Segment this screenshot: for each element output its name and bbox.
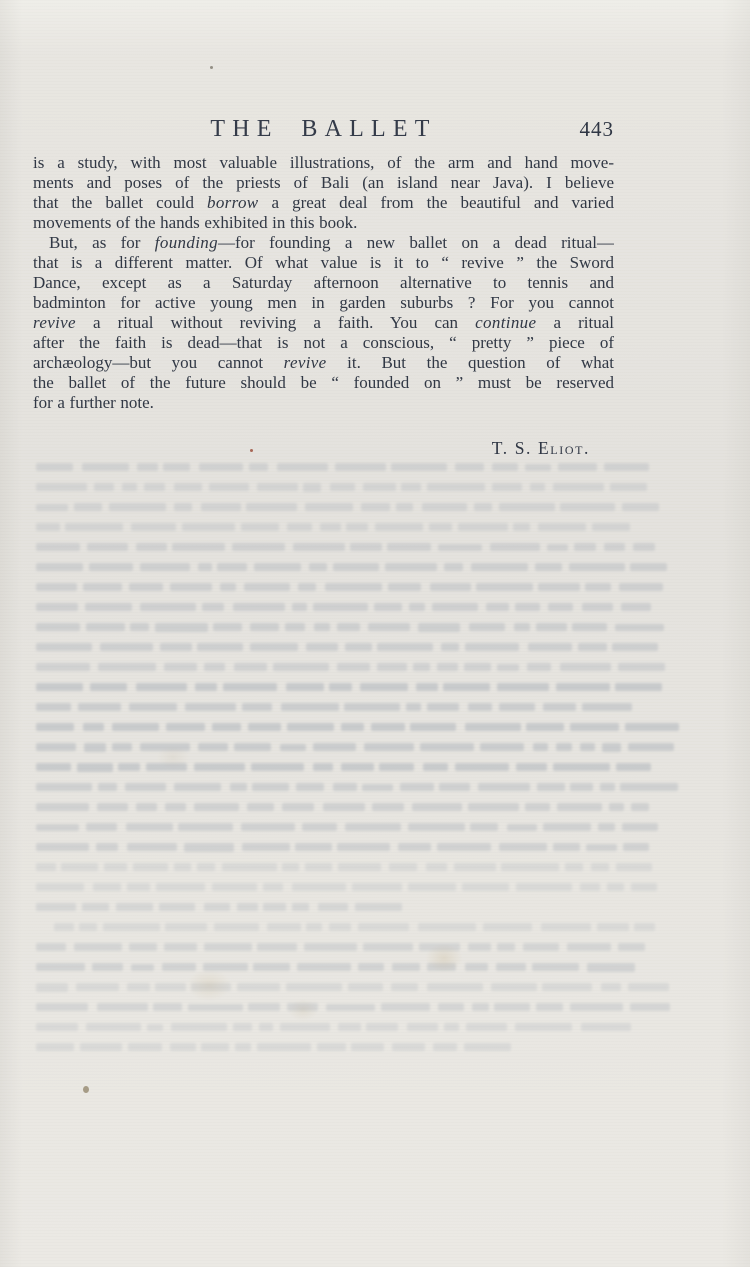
bleedthrough-line: [36, 637, 650, 657]
paper-speck: [210, 66, 213, 69]
body-text-line: badminton for active young men in garden…: [33, 293, 614, 313]
bleedthrough-line: [36, 537, 650, 557]
body-text-line: that the ballet could borrow a great dea…: [33, 193, 614, 213]
body-text-line: movements of the hands exhibited in this…: [33, 213, 614, 233]
bleedthrough-line: [36, 797, 650, 817]
bleedthrough-line: [36, 557, 650, 577]
bleedthrough-line: [36, 737, 650, 757]
bleedthrough-line: [36, 757, 650, 777]
body-text-line: revive a ritual without reviving a faith…: [33, 313, 614, 333]
author-signature: T. S. Eliot.: [33, 438, 590, 459]
body-text-line: that is a different matter. Of what valu…: [33, 253, 614, 273]
bleedthrough-line: [36, 997, 650, 1017]
bleedthrough-line: [36, 877, 650, 897]
bleedthrough-line: [36, 617, 650, 637]
body-text-line: the ballet of the future should be “ fou…: [33, 373, 614, 393]
bleedthrough-line: [36, 677, 650, 697]
bleedthrough-line: [36, 857, 650, 877]
bleedthrough-line: [36, 837, 650, 857]
paper-speck: [83, 1086, 89, 1093]
bleedthrough-line: [36, 777, 650, 797]
page-number: 443: [580, 117, 615, 142]
bleedthrough-line: [36, 497, 650, 517]
bleedthrough-line: [36, 717, 650, 737]
bleedthrough-line: [36, 657, 650, 677]
bleedthrough-text: [36, 457, 650, 1057]
bleedthrough-line: [36, 817, 650, 837]
bleedthrough-line: [36, 957, 650, 977]
bleedthrough-line: [36, 577, 650, 597]
bleedthrough-line: [36, 597, 650, 617]
body-text-line: after the faith is dead—that is not a co…: [33, 333, 614, 353]
bleedthrough-line: [36, 697, 650, 717]
bleedthrough-line: [36, 937, 650, 957]
bleedthrough-line: [36, 897, 650, 917]
body-text-line: Dance, except as a Saturday afternoon al…: [33, 273, 614, 293]
bleedthrough-line: [36, 1037, 650, 1057]
bleedthrough-line: [36, 977, 650, 997]
body-text-line: for a further note.: [33, 393, 614, 413]
body-text-line: But, as for founding—for founding a new …: [33, 233, 614, 253]
running-header: THE BALLET 443: [33, 112, 614, 146]
bleedthrough-line: [36, 917, 650, 937]
bleedthrough-line: [36, 477, 650, 497]
body-text-line: ments and poses of the priests of Bali (…: [33, 173, 614, 193]
book-page-scan: THE BALLET 443 is a study, with most val…: [0, 0, 750, 1267]
article-body: is a study, with most valuable illustrat…: [33, 153, 614, 413]
body-text-line: is a study, with most valuable illustrat…: [33, 153, 614, 173]
page-title: THE BALLET: [33, 112, 614, 146]
bleedthrough-line: [36, 1017, 650, 1037]
bleedthrough-line: [36, 457, 650, 477]
bleedthrough-line: [36, 517, 650, 537]
body-text-line: archæology—but you cannot revive it. But…: [33, 353, 614, 373]
